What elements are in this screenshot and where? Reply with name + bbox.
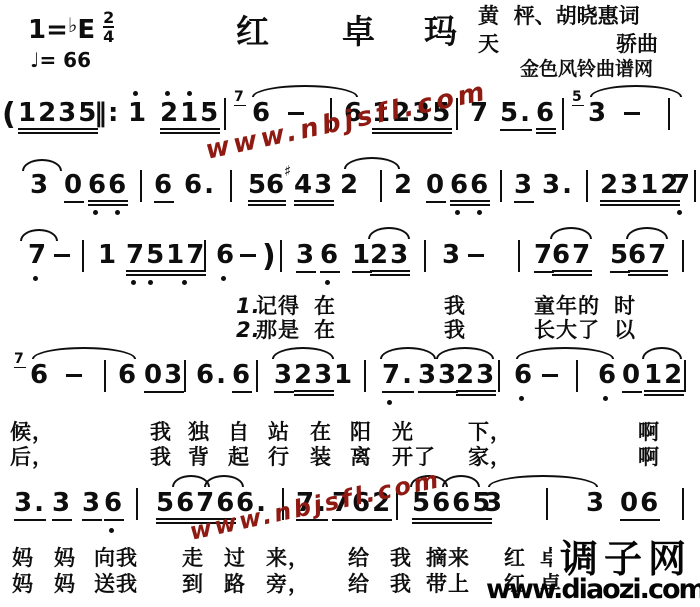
note-token: 1 [98, 242, 118, 268]
dash-duration-line [240, 254, 256, 257]
note-token: 66 [88, 172, 128, 206]
slur-tie-arc [642, 347, 682, 359]
lyric-syllable: 家， [468, 447, 512, 468]
lyric-syllable: 行 [268, 447, 290, 468]
lyric-syllable: 到 [182, 574, 204, 595]
dash-duration-line [54, 254, 70, 257]
lyric-syllable: 离 [350, 447, 372, 468]
lyric-syllable: 后， [10, 447, 54, 468]
note-token: ( [2, 100, 18, 130]
note-token: 06 [620, 490, 660, 521]
slur-tie-arc [272, 347, 334, 359]
lyric-syllable: 阳 [350, 422, 372, 443]
dash-duration-line [624, 112, 640, 115]
note-token: 3 [296, 242, 316, 273]
flat-icon: ♭ [68, 13, 77, 37]
note-token: 6 [118, 362, 138, 388]
barline [140, 170, 142, 202]
note-token: 7 [672, 172, 692, 198]
note-token: ) [262, 242, 278, 272]
lyric-syllable: 我 [444, 320, 466, 341]
slur-tie-arc [204, 475, 244, 487]
meter-denominator: 4 [103, 26, 114, 45]
barline [82, 240, 84, 272]
barline [500, 170, 502, 202]
barline [576, 360, 578, 392]
barline [498, 360, 500, 392]
lyric-syllable: 向我 [94, 548, 138, 569]
octave-dot [325, 280, 330, 285]
note-token: 23 [370, 242, 410, 276]
barline [668, 98, 670, 130]
note-token: 7517 [126, 242, 206, 276]
sheet-music-page: 1=♭E24 ♩= 66 红 卓 玛 黄 枰、胡晓惠词 天 骄曲 金色风铃曲谱网… [0, 0, 700, 607]
note-token: 67 [628, 242, 668, 276]
barline [562, 98, 564, 130]
barline [518, 240, 520, 272]
octave-dot [165, 91, 170, 96]
lyric-syllable: 摘来 [426, 548, 470, 569]
repeat-sign: ‖: [94, 100, 119, 126]
dash-duration-line [542, 374, 558, 377]
note-token: 6 [514, 362, 534, 388]
key-signature: 1=♭E24 [28, 10, 114, 45]
octave-dot [455, 210, 460, 215]
note-token: 6 [536, 100, 556, 134]
lyric-syllable: 在 [314, 296, 336, 317]
octave-dot [519, 396, 524, 401]
note-token: 6 [104, 490, 124, 521]
lyricist-credit: 黄 枰、胡晓惠词 [478, 6, 640, 27]
slur-tie-arc [590, 85, 682, 97]
note-token: 2 [394, 172, 414, 198]
dash-duration-line [66, 374, 82, 377]
note-token: 3 [52, 490, 72, 521]
note-token: 3 [274, 362, 294, 393]
barline [184, 360, 186, 392]
octave-dot [93, 210, 98, 215]
note-token: 66 [450, 172, 490, 206]
barline [280, 240, 282, 272]
lyric-syllable: 时 [614, 296, 636, 317]
slur-tie-arc [344, 157, 400, 169]
octave-dot [603, 396, 608, 401]
lyric-syllable: 妈 [54, 574, 76, 595]
octave-dot [387, 400, 392, 405]
note-token: 6. [196, 362, 228, 388]
barline [682, 240, 684, 272]
lyric-syllable: 在 [314, 320, 336, 341]
grace-note: 7 [234, 90, 246, 106]
barline [424, 240, 426, 272]
title-char-3: 玛 [424, 6, 457, 53]
title-char-2: 卓 [342, 6, 375, 53]
lyric-syllable: 路 [224, 574, 246, 595]
note-token: 3 [442, 242, 462, 268]
note-token: 1235 [18, 100, 98, 134]
note-token: 3 [82, 490, 102, 521]
lyric-syllable: 下， [468, 422, 512, 443]
lyric-syllable: 我 [390, 548, 412, 569]
note-token: 6 [154, 172, 174, 203]
note-token: 2312 [600, 172, 680, 206]
lyric-syllable: 童年的 [534, 296, 600, 317]
lyric-syllable: 过 [224, 548, 246, 569]
octave-dot [131, 280, 136, 285]
time-signature: 24 [103, 10, 114, 45]
tempo-marking: ♩= 66 [30, 50, 91, 70]
lyric-syllable: 走 [182, 548, 204, 569]
barline [682, 488, 684, 520]
sharp-accidental: ♯ [284, 164, 293, 179]
composer-credit-first: 天 [478, 34, 499, 55]
lyric-syllable: 候， [10, 422, 54, 443]
lyric-syllable: 起 [228, 447, 250, 468]
lyric-syllable: 我 [150, 447, 172, 468]
barline [230, 170, 232, 202]
barline [694, 170, 696, 202]
slur-tie-arc [626, 227, 668, 239]
lyric-syllable: 独 [188, 422, 210, 443]
octave-dot [221, 276, 226, 281]
key-prefix: 1= [28, 15, 68, 45]
barline [104, 360, 106, 392]
note-token: 7. [382, 362, 414, 393]
octave-dot [148, 280, 153, 285]
note-token: 6 [232, 362, 252, 393]
lyric-syllable: 啊 [638, 447, 660, 468]
note-token: 03 [144, 362, 184, 393]
slur-tie-arc [436, 347, 494, 359]
lyric-syllable: 开了 [392, 447, 436, 468]
slur-tie-arc [380, 347, 436, 359]
note-token: 3 [586, 490, 606, 516]
note-token: 43 [294, 172, 334, 206]
note-token: 3 [514, 172, 534, 203]
note-token: 6 [320, 242, 340, 273]
note-token: 3 [30, 172, 50, 198]
slur-tie-arc [368, 227, 410, 239]
meter-numerator: 2 [103, 10, 114, 26]
note-token: 3 [588, 100, 608, 126]
slur-tie-arc [516, 347, 614, 359]
note-token: 23 [294, 362, 334, 396]
grace-note: 7 [14, 352, 26, 368]
slur-tie-arc [488, 475, 598, 487]
lyric-syllable: 妈 [12, 548, 34, 569]
lyric-syllable: 长大了 [534, 320, 600, 341]
barline [684, 360, 686, 392]
lyric-syllable: 装 [310, 447, 332, 468]
lyric-syllable: 给 [348, 548, 370, 569]
lyric-syllable: 背 [188, 447, 210, 468]
lyric-syllable: 站 [268, 422, 290, 443]
octave-dot [182, 280, 187, 285]
tempo-value: = 66 [39, 48, 91, 72]
barline [136, 488, 138, 520]
barline [256, 360, 258, 392]
note-token: 6 [30, 362, 50, 388]
note-token: 7 [28, 242, 48, 268]
note-token: 0 [64, 172, 84, 203]
lyric-syllable: 我 [150, 422, 172, 443]
lyric-syllable: 那是 [256, 320, 300, 341]
lyric-syllable: 我 [390, 574, 412, 595]
lyric-syllable: 红 [504, 548, 526, 569]
octave-dot [115, 210, 120, 215]
slur-tie-arc [442, 475, 480, 487]
octave-dot [477, 210, 482, 215]
lyric-syllable: 送我 [94, 574, 138, 595]
barline [586, 170, 588, 202]
note-token: 6 [216, 242, 236, 268]
lyric-syllable: 自 [228, 422, 250, 443]
lyric-syllable: 光 [392, 422, 414, 443]
slur-tie-arc [550, 227, 592, 239]
lyric-syllable: 我 [444, 296, 466, 317]
dash-duration-line [468, 254, 484, 257]
note-token: 0 [622, 362, 642, 393]
slur-tie-arc [32, 347, 136, 359]
note-token: 6. [184, 172, 216, 198]
barline [204, 240, 206, 272]
source-site-label: 金色风铃曲谱网 [520, 60, 653, 79]
note-token: 3 [418, 362, 438, 393]
lyric-syllable: 在 [310, 422, 332, 443]
note-token: 1 [128, 100, 148, 126]
barline [546, 488, 548, 520]
lyric-syllable: 给 [348, 574, 370, 595]
octave-dot [33, 276, 38, 281]
note-token: 6 [598, 362, 618, 388]
lyric-syllable: 妈 [12, 574, 34, 595]
octave-dot [187, 91, 192, 96]
barline [380, 170, 382, 202]
note-token: 23 [456, 362, 496, 396]
title-char-1: 红 [236, 6, 269, 53]
key-letter: E [77, 15, 95, 45]
lyric-syllable: 啊 [638, 422, 660, 443]
composer-credit-rest: 骄曲 [616, 34, 658, 55]
note-token: 2 [340, 172, 360, 198]
note-token: 0 [426, 172, 446, 203]
barline [224, 98, 226, 130]
note-token: 3. [542, 172, 574, 198]
note-token: 1 [334, 362, 354, 388]
corner-watermark-url: www.diaozi.com [486, 574, 700, 605]
note-token: 3 [484, 490, 504, 516]
lyric-syllable: 带上 [426, 574, 470, 595]
barline [364, 360, 366, 392]
slur-tie-arc [252, 85, 358, 97]
octave-dot [109, 528, 114, 533]
note-token: 5. [500, 100, 532, 131]
lyric-syllable: 妈 [54, 548, 76, 569]
note-token: 12 [644, 362, 684, 396]
grace-note: 5 [572, 90, 584, 106]
note-token: 67 [552, 242, 592, 276]
lyric-syllable: 记得 [256, 296, 300, 317]
lyric-syllable: 旁， [266, 574, 310, 595]
note-token: 3. [14, 490, 46, 521]
lyric-syllable: 以 [614, 320, 636, 341]
octave-dot [677, 210, 682, 215]
corner-watermark-box: 调子网 [552, 528, 700, 574]
lyric-syllable: 来， [266, 548, 310, 569]
note-token: 215 [160, 100, 220, 134]
octave-dot [133, 91, 138, 96]
